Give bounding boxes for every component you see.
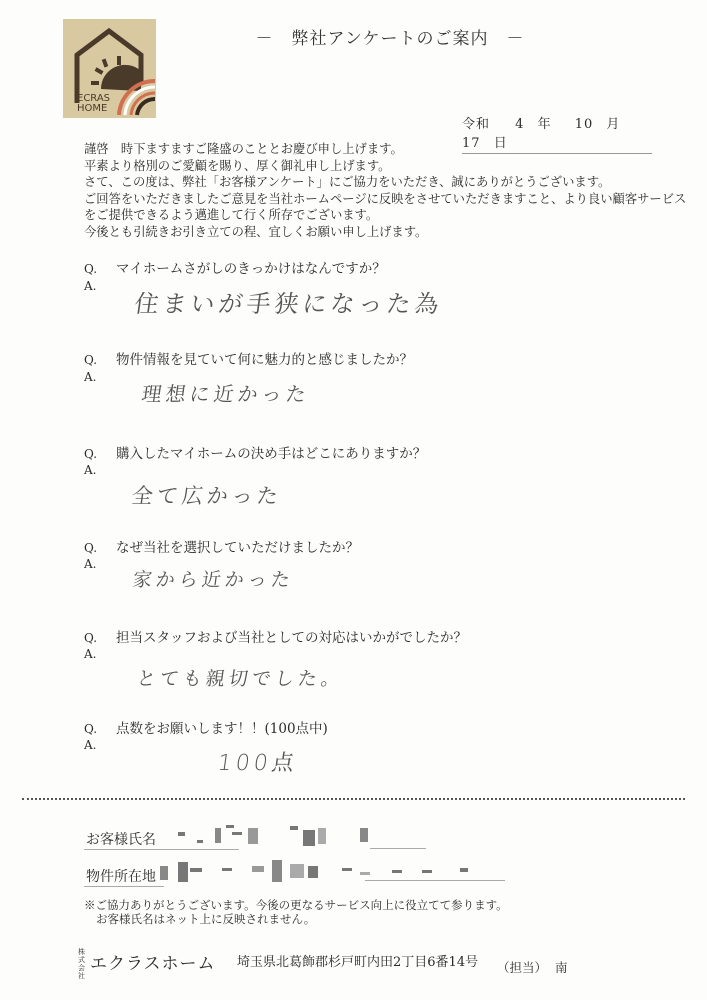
a-marker: A. <box>84 647 96 661</box>
question-5: Q.担当スタッフおよび当社としての対応はいかがでしたか？ <box>84 629 467 647</box>
a-marker: A. <box>84 738 96 752</box>
note-line-2: お客様氏名はネット上に反映されません。 <box>84 912 508 926</box>
q-marker: Q. <box>84 629 116 647</box>
q-marker: Q. <box>84 539 116 557</box>
company-name: 株式会社エクラスホーム <box>78 948 216 980</box>
question-text: 担当スタッフおよび当社としての対応はいかがでしたか？ <box>116 630 467 646</box>
q-marker: Q. <box>84 260 116 278</box>
property-address-redacted <box>160 858 490 888</box>
intro-paragraph: 謹啓 時下ますますご隆盛のこととお慶び申し上げます。 平素より格別のご愛顧を賜り… <box>84 141 694 241</box>
intro-line: 平素より格別のご愛顧を賜り、厚く御礼申し上げます。 <box>84 158 694 175</box>
date-month-unit: 月 <box>606 113 620 132</box>
company-prefix: 株式会社 <box>78 948 90 980</box>
intro-line: をご提供できるよう邁進して行く所存でございます。 <box>84 207 694 224</box>
question-text: 物件情報を見ていて何に魅力的と感じましたか？ <box>116 352 413 368</box>
a-marker: A. <box>84 279 96 293</box>
customer-name-underline-left <box>84 849 239 850</box>
date-month: 10 <box>575 117 594 132</box>
dotted-divider <box>22 798 685 800</box>
company-address: 埼玉県北葛飾郡杉戸町内田2丁目6番14号 <box>237 951 478 970</box>
customer-name-label: お客様氏名 <box>86 829 156 849</box>
intro-line: 謹啓 時下ますますご隆盛のこととお慶び申し上げます。 <box>84 141 694 158</box>
a-marker: A. <box>84 557 96 571</box>
house-sun-logo-icon: ECRAS HOME <box>63 19 156 118</box>
answer-1-handwritten: 住まいが手狭になった為 <box>133 284 446 319</box>
company-logo: ECRAS HOME <box>63 19 156 118</box>
intro-line: さて、この度は、弊社「お客様アンケート」にご協力をいただき、誠にありがとうござい… <box>84 174 694 191</box>
privacy-note: ※ご協力ありがとうございます。今後の更なるサービス向上に役立てて参ります。 お客… <box>84 898 508 926</box>
staff-label: （担当） <box>497 960 547 975</box>
date-year-unit: 年 <box>538 113 552 132</box>
answer-3-handwritten: 全て広かった <box>130 480 284 510</box>
answer-4-handwritten: 家から近かった <box>131 565 296 592</box>
question-text: マイホームさがしのきっかけはなんですか？ <box>116 261 386 277</box>
question-2: Q.物件情報を見ていて何に魅力的と感じましたか？ <box>84 351 413 369</box>
intro-line: 今後とも引続きお引き立ての程、宜しくお願い申し上げます。 <box>84 224 694 241</box>
question-text: なぜ当社を選択していただけましたか？ <box>116 540 359 556</box>
a-marker: A. <box>84 463 96 477</box>
answer-2-handwritten: 理想に近かった <box>140 378 312 407</box>
q-marker: Q. <box>84 445 116 463</box>
question-6: Q.点数をお願いします！！(100点中) <box>84 720 328 738</box>
date-era: 令和 <box>462 113 490 132</box>
question-3: Q.購入したマイホームの決め手はどこにありますか？ <box>84 445 426 463</box>
property-address-underline-left <box>84 886 164 887</box>
question-4: Q.なぜ当社を選択していただけましたか？ <box>84 539 359 557</box>
a-marker: A. <box>84 370 96 384</box>
staff-name: 南 <box>555 960 568 975</box>
customer-name-underline-right <box>370 848 426 849</box>
question-text: 点数をお願いします！！(100点中) <box>116 721 328 737</box>
answer-6-handwritten: 100点 <box>216 746 300 777</box>
q-marker: Q. <box>84 351 116 369</box>
intro-line: ご回答をいただきましたご意見を当社ホームページに反映をさせていただきますこと、よ… <box>84 191 694 208</box>
page-title: － 弊社アンケートのご案内 － <box>240 24 540 49</box>
q-marker: Q. <box>84 720 116 738</box>
note-line-1: ※ご協力ありがとうございます。今後の更なるサービス向上に役立てて参ります。 <box>84 898 508 912</box>
question-text: 購入したマイホームの決め手はどこにありますか？ <box>116 446 426 462</box>
company-name-text: エクラスホーム <box>90 954 216 974</box>
svg-text:HOME: HOME <box>77 103 107 114</box>
staff-in-charge: （担当） 南 <box>497 958 568 976</box>
customer-name-redacted <box>170 822 380 848</box>
question-1: Q.マイホームさがしのきっかけはなんですか？ <box>84 260 386 278</box>
answer-5-handwritten: とても親切でした。 <box>135 664 346 691</box>
date-year: 4 <box>515 117 524 132</box>
property-address-label: 物件所在地 <box>86 866 156 886</box>
